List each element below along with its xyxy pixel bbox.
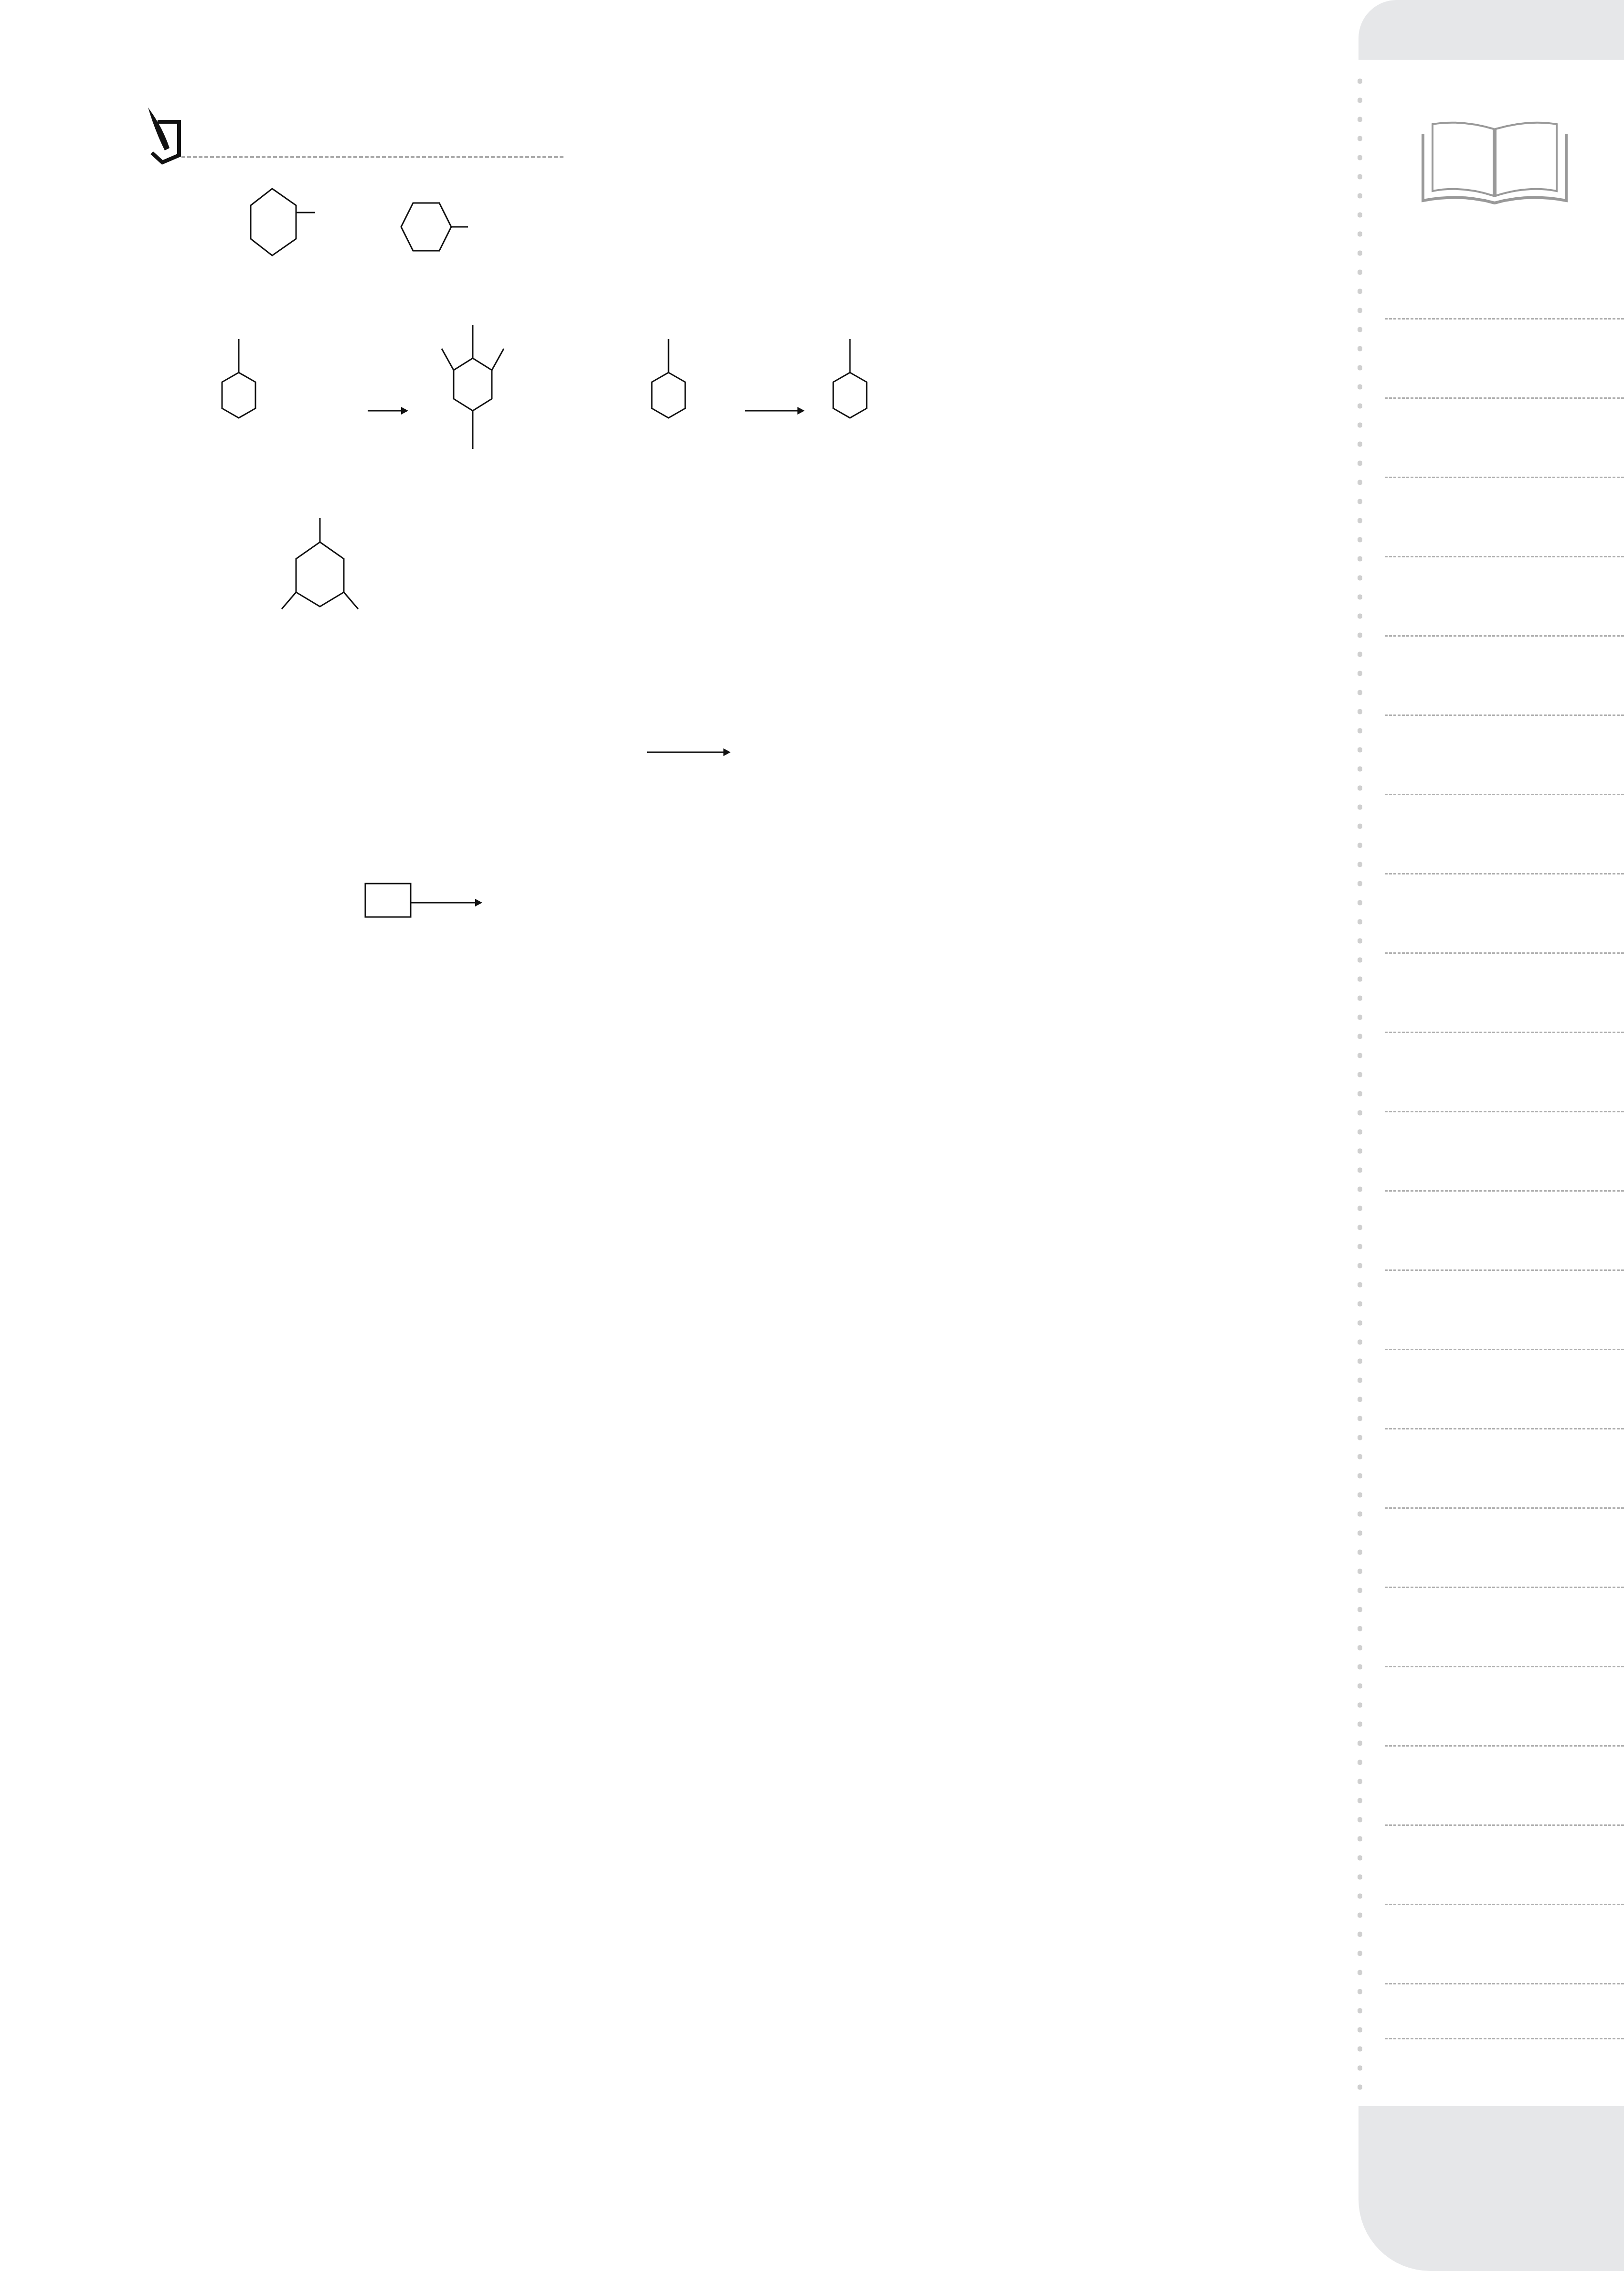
- note-line: [1385, 1666, 1624, 1667]
- note-line: [1385, 1269, 1624, 1271]
- notebook-logo: [1413, 105, 1576, 210]
- note-line: [1385, 1111, 1624, 1112]
- note-line: [1385, 794, 1624, 795]
- quill-book-icon: [143, 103, 201, 165]
- arrow-icon: [647, 745, 733, 759]
- note-line: [1385, 952, 1624, 954]
- note-line: [1385, 477, 1624, 478]
- bromination-hydrogenation-scheme: [210, 320, 1117, 482]
- header-divider: [181, 156, 563, 158]
- toluene-structure: [248, 184, 329, 265]
- mesitylene-structure: [267, 513, 411, 628]
- note-line: [1385, 1824, 1624, 1826]
- binding-dots: [1358, 72, 1362, 2092]
- note-line: [1385, 1349, 1624, 1350]
- note-line: [1385, 556, 1624, 557]
- open-book-icon: [1413, 105, 1576, 210]
- notes-sidebar: [1359, 60, 1624, 2106]
- synthesis-route-diagram: [363, 812, 1108, 974]
- sidebar-top-band: [1359, 0, 1624, 60]
- note-line: [1385, 1745, 1624, 1747]
- note-line: [1385, 1507, 1624, 1509]
- note-line: [1385, 1904, 1624, 1905]
- note-line: [1385, 1587, 1624, 1588]
- note-line: [1385, 2038, 1624, 2039]
- note-line: [1385, 397, 1624, 399]
- sidebar-bottom-band: [1359, 2106, 1624, 2271]
- note-line: [1385, 873, 1624, 874]
- note-line: [1385, 635, 1624, 637]
- note-line: [1385, 318, 1624, 320]
- benzyl-chloride-ring: [392, 201, 468, 253]
- note-line: [1385, 1190, 1624, 1192]
- series-logo: [143, 103, 568, 165]
- note-line: [1385, 1428, 1624, 1429]
- note-line: [1385, 1032, 1624, 1033]
- note-line: [1385, 1983, 1624, 1984]
- note-line: [1385, 714, 1624, 716]
